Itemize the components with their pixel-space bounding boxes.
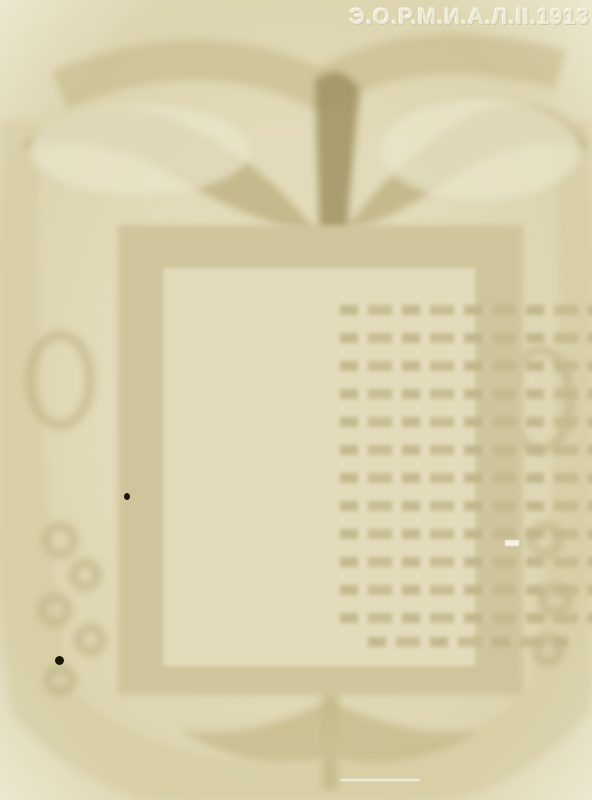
manuscript-photograph: Э.О.Р.М.И.А.Л.II.1913	[0, 0, 592, 800]
photo-scratch	[505, 540, 519, 546]
handwritten-text	[168, 285, 468, 655]
dust-spot	[124, 493, 130, 500]
dust-spot	[55, 656, 64, 665]
embossed-stamp: Э.О.Р.М.И.А.Л.II.1913	[349, 4, 590, 30]
photo-crack	[340, 779, 420, 781]
